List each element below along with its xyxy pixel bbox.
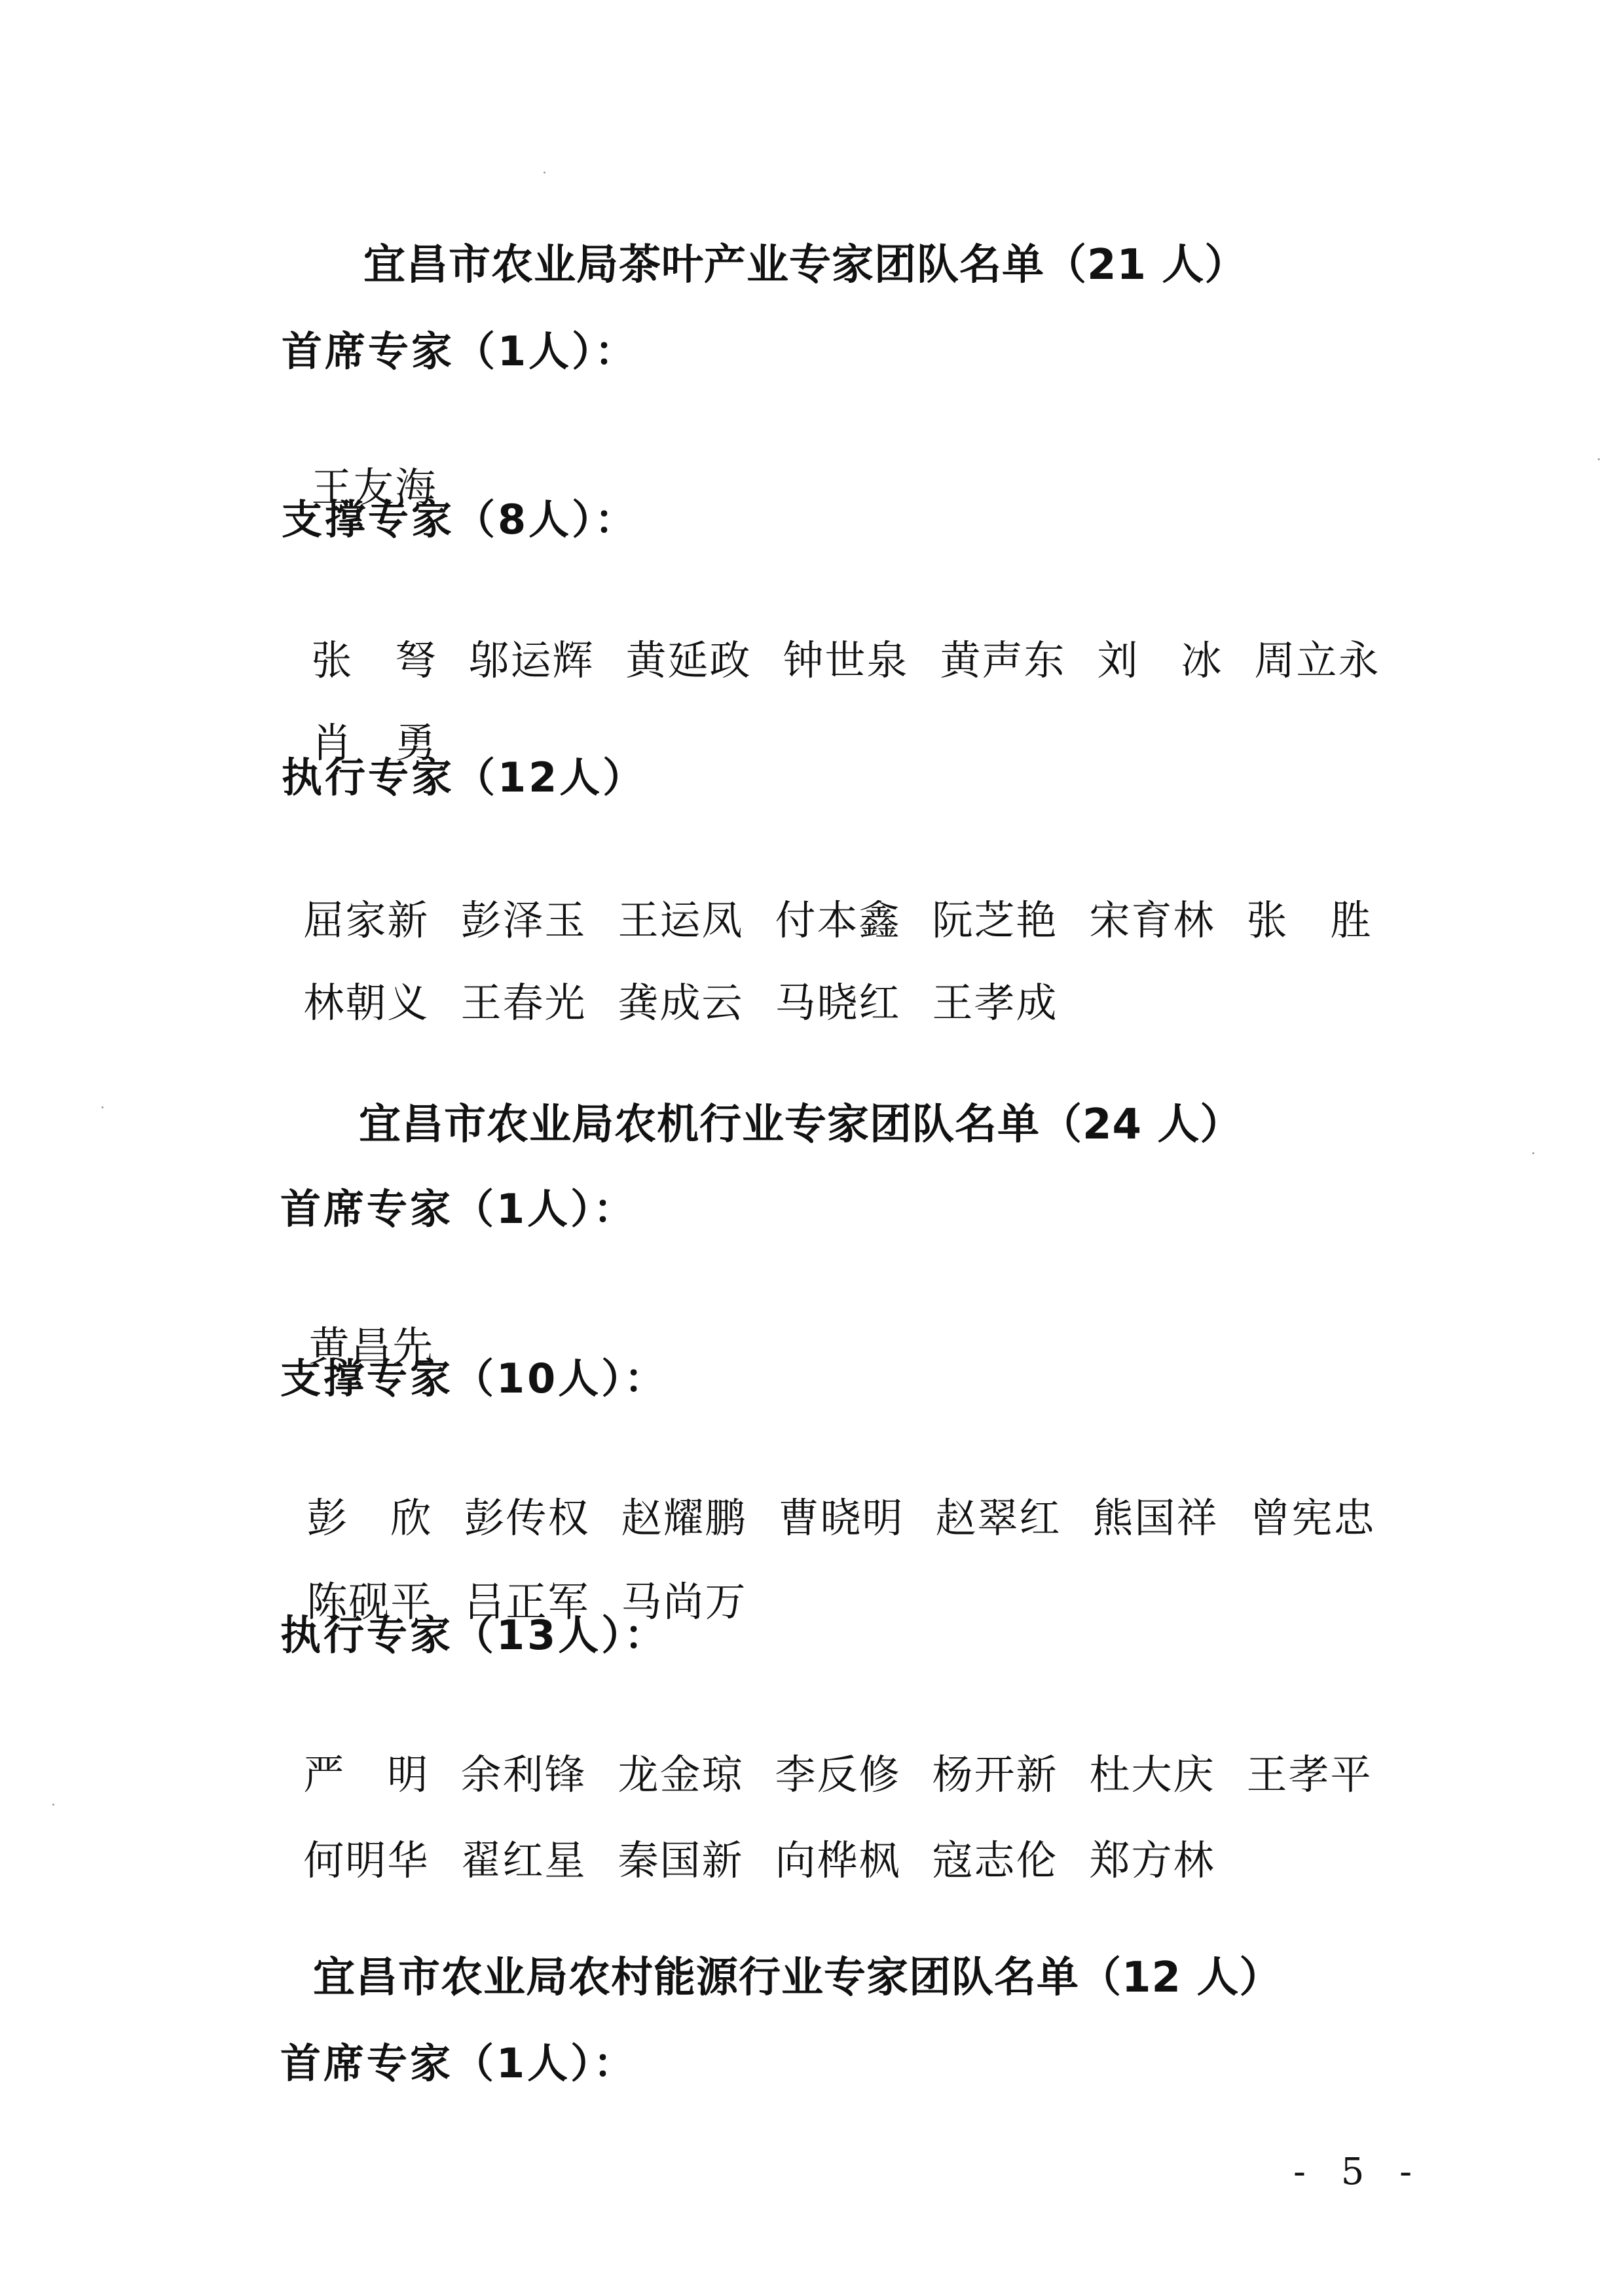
expert-name: 张 胜 — [1247, 894, 1373, 947]
expert-name: 龚成云 — [618, 977, 743, 1029]
expert-name: 赵翠红 — [935, 1492, 1061, 1544]
expert-name: 何明华 — [303, 1834, 429, 1887]
expert-name: 王孝成 — [932, 977, 1058, 1029]
expert-name: 寇志伦 — [932, 1834, 1058, 1887]
expert-name: 黄延政 — [625, 634, 751, 687]
scan-speck — [52, 1804, 54, 1806]
expert-name: 曾宪忠 — [1250, 1492, 1376, 1544]
expert-name: 向桦枫 — [775, 1834, 900, 1887]
expert-name: 翟红星 — [460, 1834, 586, 1887]
scan-speck — [544, 172, 545, 173]
section-title-rural-energy: 宜昌市农业局农村能源行业专家团队名单（12 人） — [313, 1952, 1282, 2004]
expert-name: 秦国新 — [618, 1834, 743, 1887]
exec-expert-row: 林朝义王春光龚成云马晓红王孝成 — [275, 924, 1090, 1029]
support-expert-label: 支撑专家（10人）： — [280, 1353, 667, 1405]
expert-name: 曹晓明 — [778, 1492, 904, 1544]
scan-speck — [101, 1106, 103, 1108]
expert-name: 马晓红 — [775, 977, 900, 1029]
expert-name: 刘 冰 — [1098, 634, 1223, 687]
expert-name: 林朝义 — [303, 977, 429, 1029]
expert-name: 宋育林 — [1090, 894, 1215, 947]
exec-expert-label: 执行专家（13人）： — [280, 1609, 667, 1662]
scan-speck — [1598, 458, 1600, 460]
expert-name: 钟世泉 — [783, 634, 908, 687]
expert-name: 熊国祥 — [1093, 1492, 1219, 1544]
exec-expert-label: 执行专家（12人） — [282, 752, 646, 804]
expert-name: 黄声东 — [940, 634, 1065, 687]
section-title-agri-machinery: 宜昌市农业局农机行业专家团队名单（24 人） — [359, 1099, 1242, 1151]
page-number: - 5 - — [1293, 2151, 1424, 2193]
section-title-tea: 宜昌市农业局茶叶产业专家团队名单（21 人） — [363, 239, 1247, 291]
expert-name: 周立永 — [1255, 634, 1380, 687]
chief-expert-label: 首席专家（1人）： — [280, 2037, 637, 2090]
support-expert-label: 支撑专家（8人）： — [282, 494, 638, 546]
scan-speck — [1532, 1152, 1534, 1154]
expert-name: 邬运辉 — [468, 634, 594, 687]
expert-name: 郑方林 — [1090, 1834, 1215, 1887]
chief-expert-label: 首席专家（1人）： — [282, 325, 638, 378]
expert-name: 王春光 — [460, 977, 586, 1029]
expert-name: 王孝平 — [1247, 1749, 1373, 1801]
chief-expert-label: 首席专家（1人）： — [280, 1183, 637, 1235]
exec-expert-row: 何明华翟红星秦国新向桦枫寇志伦郑方林 — [275, 1782, 1247, 1887]
